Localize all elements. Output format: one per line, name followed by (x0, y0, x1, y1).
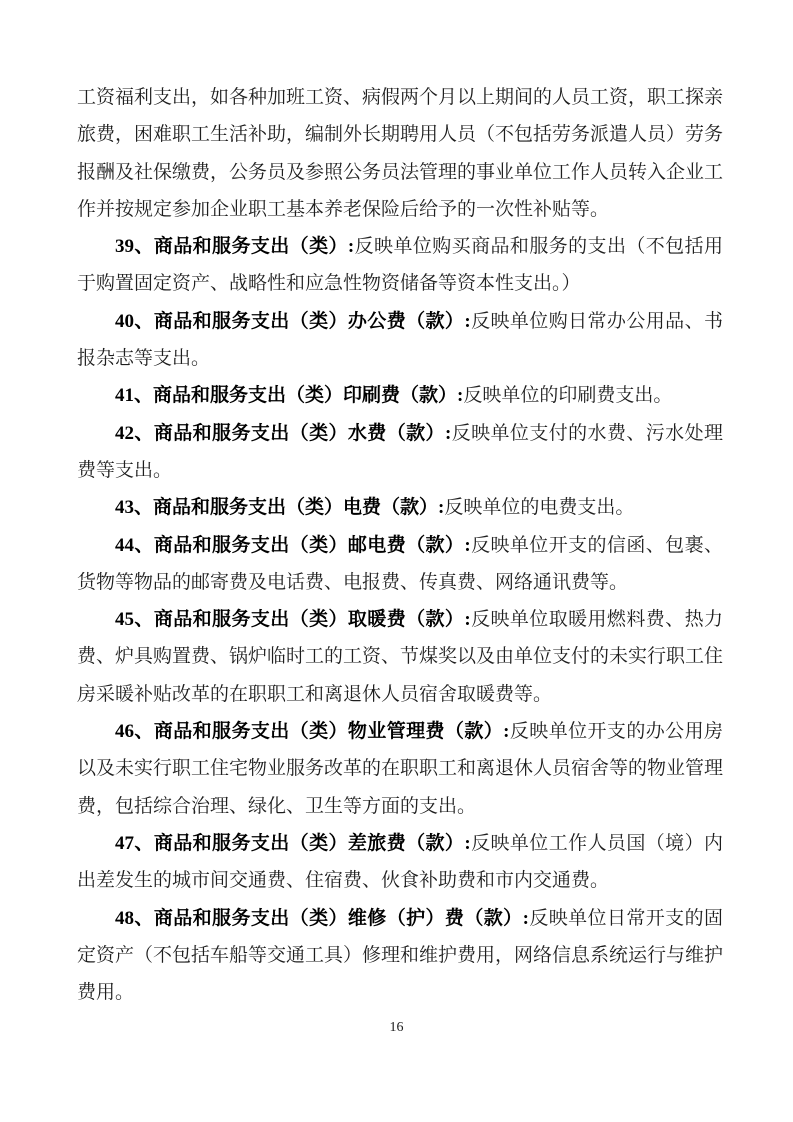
item-heading-run: 48、商品和服务支出（类）维修（护）费（款）: (115, 908, 529, 929)
item-heading-run: 45、商品和服务支出（类）取暖费（款）: (115, 609, 471, 630)
item-heading-run: 39、商品和服务支出（类）: (115, 236, 354, 257)
text-run: 反映单位的印刷费支出。 (463, 385, 672, 406)
item-paragraph: 41、商品和服务支出（类）印刷费（款）:反映单位的印刷费支出。 (77, 377, 723, 414)
item-heading-run: 42、商品和服务支出（类）水费（款）: (115, 423, 451, 444)
text-run: 工资福利支出，如各种加班工资、病假两个月以上期间的人员工资，职工探亲旅费，困难职… (77, 87, 723, 220)
item-paragraph: 43、商品和服务支出（类）电费（款）:反映单位的电费支出。 (77, 489, 723, 526)
item-heading-run: 41、商品和服务支出（类）印刷费（款）: (115, 385, 463, 406)
page-number: 16 (0, 1020, 793, 1036)
item-paragraph: 46、商品和服务支出（类）物业管理费（款）:反映单位开支的办公用房以及未实行职工… (77, 713, 723, 825)
item-paragraph: 48、商品和服务支出（类）维修（护）费（款）:反映单位日常开支的固定资产（不包括… (77, 900, 723, 1012)
item-heading-run: 44、商品和服务支出（类）邮电费（款）: (115, 535, 471, 556)
item-paragraph: 42、商品和服务支出（类）水费（款）:反映单位支付的水费、污水处理费等支出。 (77, 415, 723, 490)
document-page: 工资福利支出，如各种加班工资、病假两个月以上期间的人员工资，职工探亲旅费，困难职… (0, 0, 793, 1122)
body-paragraph: 工资福利支出，如各种加班工资、病假两个月以上期间的人员工资，职工探亲旅费，困难职… (77, 79, 723, 228)
item-paragraph: 40、商品和服务支出（类）办公费（款）:反映单位购日常办公用品、书报杂志等支出。 (77, 303, 723, 378)
item-paragraph: 44、商品和服务支出（类）邮电费（款）:反映单位开支的信函、包裹、货物等物品的邮… (77, 527, 723, 602)
item-paragraph: 45、商品和服务支出（类）取暖费（款）:反映单位取暖用燃料费、热力费、炉具购置费… (77, 601, 723, 713)
text-run: 反映单位的电费支出。 (444, 497, 634, 518)
document-body: 工资福利支出，如各种加班工资、病假两个月以上期间的人员工资，职工探亲旅费，困难职… (77, 79, 723, 1011)
item-paragraph: 39、商品和服务支出（类）:反映单位购买商品和服务的支出（不包括用于购置固定资产… (77, 228, 723, 303)
item-heading-run: 47、商品和服务支出（类）差旅费（款）: (115, 833, 471, 854)
item-heading-run: 40、商品和服务支出（类）办公费（款）: (115, 311, 471, 332)
item-heading-run: 43、商品和服务支出（类）电费（款）: (115, 497, 444, 518)
item-paragraph: 47、商品和服务支出（类）差旅费（款）:反映单位工作人员国（境）内出差发生的城市… (77, 825, 723, 900)
item-heading-run: 46、商品和服务支出（类）物业管理费（款）: (115, 721, 509, 742)
